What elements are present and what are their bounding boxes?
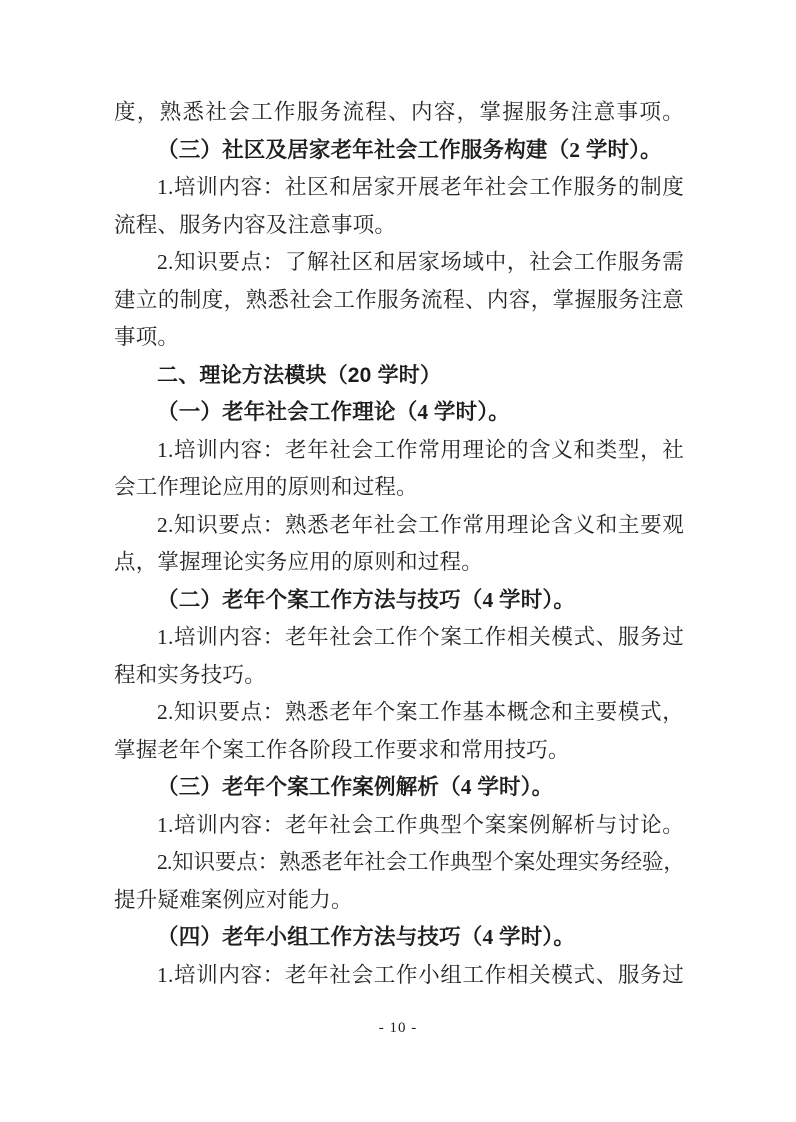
text-line: 建立的制度，熟悉社会工作服务流程、内容，掌握服务注意: [114, 282, 684, 320]
text-line: 掌握老年个案工作各阶段工作要求和常用技巧。: [114, 732, 684, 770]
text-block: 度，熟悉社会工作服务流程、内容，掌握服务注意事项。 （三）社区及居家老年社会工作…: [114, 94, 684, 994]
subsection-heading: （四）老年小组工作方法与技巧（4 学时）。: [114, 919, 684, 957]
page-number: - 10 -: [0, 1020, 796, 1037]
text-line: 2.知识要点：了解社区和居家场域中，社会工作服务需: [114, 244, 684, 282]
text-line: 2.知识要点：熟悉老年社会工作常用理论含义和主要观: [114, 507, 684, 545]
text-line: 1.培训内容：老年社会工作常用理论的含义和类型，社: [114, 432, 684, 470]
text-line: 1.培训内容：社区和居家开展老年社会工作服务的制度: [114, 169, 684, 207]
document-page: 度，熟悉社会工作服务流程、内容，掌握服务注意事项。 （三）社区及居家老年社会工作…: [0, 0, 796, 1122]
text-line: 1.培训内容：老年社会工作典型个案案例解析与讨论。: [114, 807, 684, 845]
text-line: 2.知识要点：熟悉老年个案工作基本概念和主要模式，: [114, 694, 684, 732]
text-line: 2.知识要点：熟悉老年社会工作典型个案处理实务经验，: [114, 844, 684, 882]
text-line: 提升疑难案例应对能力。: [114, 882, 684, 920]
subsection-heading: （三）老年个案工作案例解析（4 学时）。: [114, 769, 684, 807]
text-line: 会工作理论应用的原则和过程。: [114, 469, 684, 507]
subsection-heading: （三）社区及居家老年社会工作服务构建（2 学时）。: [114, 132, 684, 170]
text-line: 事项。: [114, 319, 684, 357]
text-line: 1.培训内容：老年社会工作小组工作相关模式、服务过: [114, 957, 684, 995]
text-line: 1.培训内容：老年社会工作个案工作相关模式、服务过: [114, 619, 684, 657]
module-heading: 二、理论方法模块（20 学时）: [114, 357, 684, 395]
subsection-heading: （一）老年社会工作理论（4 学时）。: [114, 394, 684, 432]
text-line: 度，熟悉社会工作服务流程、内容，掌握服务注意事项。: [114, 94, 684, 132]
text-line: 点，掌握理论实务应用的原则和过程。: [114, 544, 684, 582]
text-line: 程和实务技巧。: [114, 657, 684, 695]
subsection-heading: （二）老年个案工作方法与技巧（4 学时）。: [114, 582, 684, 620]
text-line: 流程、服务内容及注意事项。: [114, 207, 684, 245]
